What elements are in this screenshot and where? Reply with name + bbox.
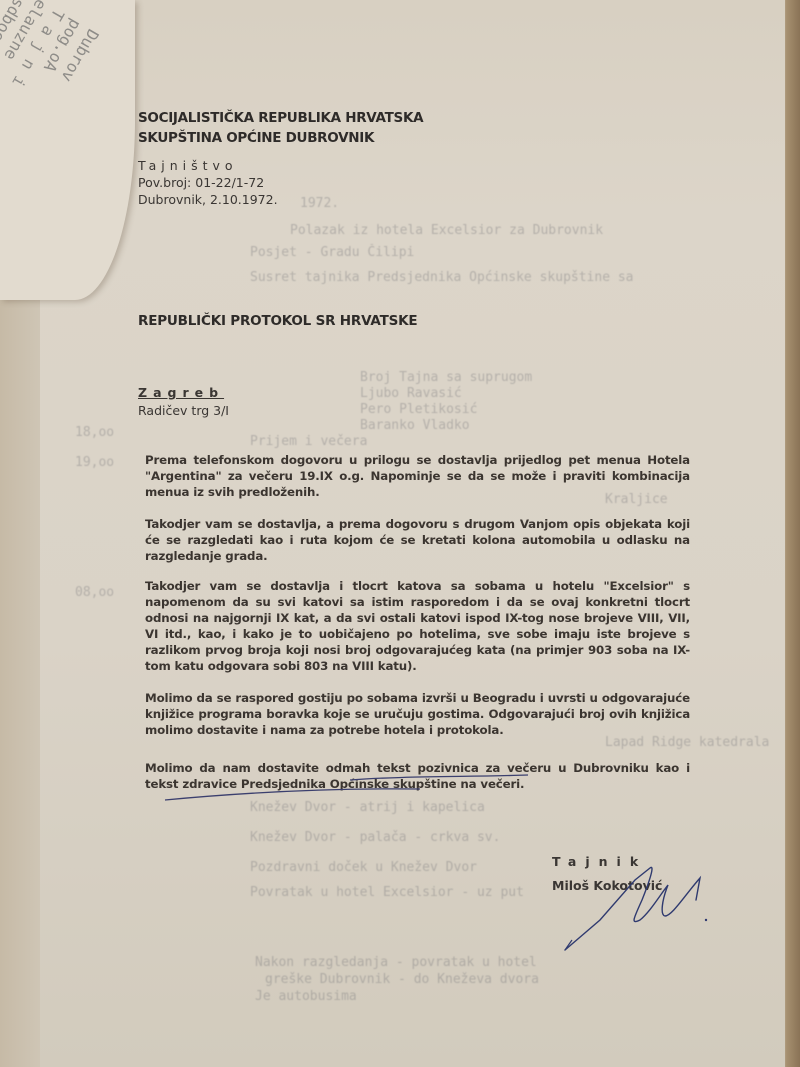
ghost-line: Knežev Dvor - palača - crkva sv. xyxy=(250,830,500,845)
signatory-title: Tajnik xyxy=(552,850,662,874)
ghost-line: 1972. xyxy=(300,196,339,211)
ghost-line: Nakon razgledanja - povratak u hotel xyxy=(255,955,537,970)
ghost-line: greške Dubrovnik - do Kneževa dvora xyxy=(265,972,539,987)
office-block: Tajništvo Pov.broj: 01-22/1-72 Dubrovnik… xyxy=(138,157,278,208)
ghost-line: Ljubo Ravasić xyxy=(360,386,462,401)
paragraph-invitations: Molimo da nam dostavite odmah tekst pozi… xyxy=(145,760,690,792)
ghost-time: 08,oo xyxy=(75,585,114,600)
department: Tajništvo xyxy=(138,157,278,174)
ghost-line: Je autobusima xyxy=(255,989,357,1004)
letterhead: SOCIJALISTIČKA REPUBLIKA HRVATSKA SKUPŠT… xyxy=(138,108,423,148)
paragraph-menus: Prema telefonskom dogovoru u prilogu se … xyxy=(145,452,690,500)
paragraph-room-allocation: Molimo da se raspored gostiju po sobama … xyxy=(145,690,690,738)
letterhead-republic: SOCIJALISTIČKA REPUBLIKA HRVATSKA xyxy=(138,108,423,128)
recipient-address: Zagreb Radičev trg 3/I xyxy=(138,384,229,420)
paragraph-sightseeing: Takodjer vam se dostavlja, a prema dogov… xyxy=(145,516,690,564)
recipient-city: Zagreb xyxy=(138,384,229,402)
ghost-line: Knežev Dvor - atrij i kapelica xyxy=(250,800,485,815)
ghost-line: Pozdravni doček u Knežev Dvor xyxy=(250,860,477,875)
ghost-line: Susret tajnika Predsjednika Općinske sku… xyxy=(250,270,634,285)
folded-sheet-text: Dubrov pog.oA T a j n i elauzne esdboe xyxy=(0,0,103,110)
ghost-line: Pero Pletikosić xyxy=(360,402,477,417)
signature-block: Tajnik Miloš Kokotović xyxy=(552,850,662,898)
recipient-name: REPUBLIČKI PROTOKOL SR HRVATSKE xyxy=(138,313,417,329)
ghost-line: Broj Tajna sa suprugom xyxy=(360,370,532,385)
ghost-line: Povratak u hotel Excelsior - uz put xyxy=(250,885,524,900)
letterhead-assembly: SKUPŠTINA OPĆINE DUBROVNIK xyxy=(138,128,423,148)
paragraph-floor-plan: Takodjer vam se dostavlja i tlocrt katov… xyxy=(145,578,690,674)
ghost-time: 18,oo xyxy=(75,425,114,440)
ghost-time: 19,oo xyxy=(75,455,114,470)
place-date: Dubrovnik, 2.10.1972. xyxy=(138,191,278,208)
signatory-name: Miloš Kokotović xyxy=(552,874,662,898)
recipient-street: Radičev trg 3/I xyxy=(138,402,229,420)
ghost-line: Posjet - Gradu Čilipi xyxy=(250,245,414,260)
ghost-line: Polazak iz hotela Excelsior za Dubrovnik xyxy=(290,223,603,238)
ghost-line: Prijem i večera xyxy=(250,434,367,449)
reference-number: Pov.broj: 01-22/1-72 xyxy=(138,174,278,191)
ghost-line: Baranko Vladko xyxy=(360,418,470,433)
